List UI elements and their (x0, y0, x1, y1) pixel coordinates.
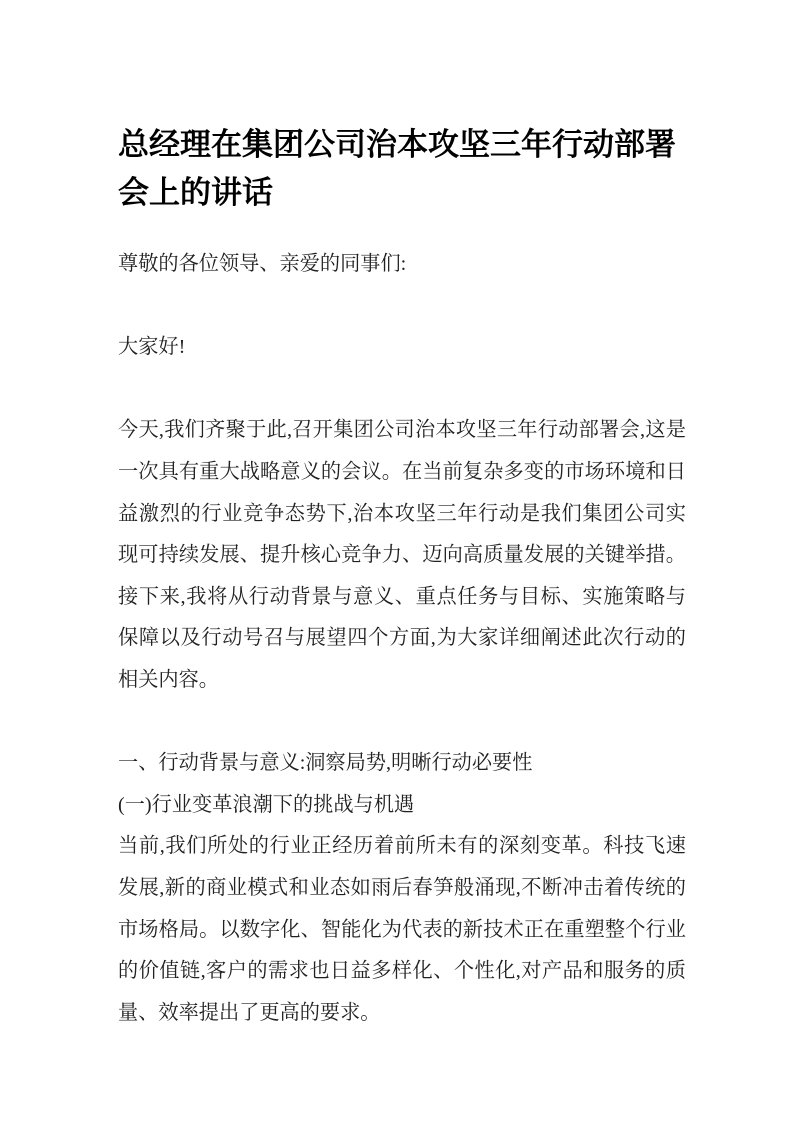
section-1-1-heading: (一)行业变革浪潮下的挑战与机遇 (118, 785, 686, 827)
document-title: 总经理在集团公司治本攻坚三年行动部署会上的讲话 (118, 121, 686, 217)
salutation-line: 尊敬的各位领导、亲爱的同事们: (118, 244, 686, 286)
intro-paragraph: 今天,我们齐聚于此,召开集团公司治本攻坚三年行动部署会,这是一次具有重大战略意义… (118, 410, 686, 701)
section-1-1-paragraph: 当前,我们所处的行业正经历着前所未有的深刻变革。科技飞速发展,新的商业模式和业态… (118, 826, 686, 1034)
greeting-line: 大家好! (118, 327, 686, 369)
section-1-heading: 一、行动背景与意义:洞察局势,明晰行动必要性 (118, 743, 686, 785)
document-page: 总经理在集团公司治本攻坚三年行动部署会上的讲话 尊敬的各位领导、亲爱的同事们: … (0, 0, 793, 1122)
